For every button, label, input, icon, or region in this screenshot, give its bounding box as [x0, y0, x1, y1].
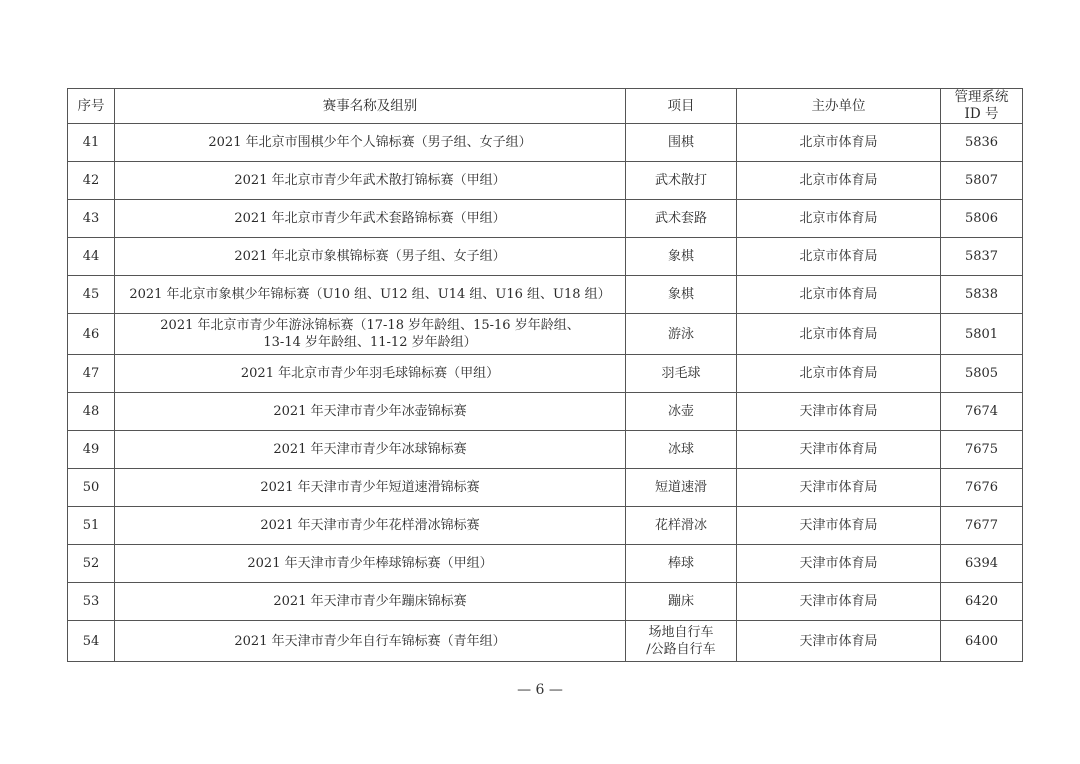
- cell-item: 围棋: [626, 124, 737, 162]
- cell-organizer: 北京市体育局: [737, 162, 941, 200]
- cell-organizer: 北京市体育局: [737, 238, 941, 276]
- cell-no: 54: [68, 621, 115, 662]
- table-row: 50 2021 年天津市青少年短道速滑锦标赛 短道速滑 天津市体育局 7676: [68, 469, 1023, 507]
- header-name: 赛事名称及组别: [115, 89, 626, 124]
- cell-no: 43: [68, 200, 115, 238]
- cell-organizer: 天津市体育局: [737, 545, 941, 583]
- cell-id: 5836: [941, 124, 1023, 162]
- table-row: 48 2021 年天津市青少年冰壶锦标赛 冰壶 天津市体育局 7674: [68, 393, 1023, 431]
- table-row: 46 2021 年北京市青少年游泳锦标赛（17-18 岁年龄组、15-16 岁年…: [68, 314, 1023, 355]
- cell-id: 7677: [941, 507, 1023, 545]
- cell-no: 52: [68, 545, 115, 583]
- cell-name: 2021 年天津市青少年花样滑冰锦标赛: [115, 507, 626, 545]
- cell-id: 7675: [941, 431, 1023, 469]
- cell-id: 6420: [941, 583, 1023, 621]
- cell-id: 5838: [941, 276, 1023, 314]
- table-row: 41 2021 年北京市围棋少年个人锦标赛（男子组、女子组） 围棋 北京市体育局…: [68, 124, 1023, 162]
- cell-name: 2021 年天津市青少年冰球锦标赛: [115, 431, 626, 469]
- table-row: 54 2021 年天津市青少年自行车锦标赛（青年组） 场地自行车/公路自行车 天…: [68, 621, 1023, 662]
- cell-name-line1: 2021 年北京市青少年游泳锦标赛（17-18 岁年龄组、15-16 岁年龄组、: [160, 318, 579, 333]
- cell-organizer: 北京市体育局: [737, 124, 941, 162]
- competition-table: 序号 赛事名称及组别 项目 主办单位 管理系统ID 号 41 2021 年北京市…: [67, 88, 1023, 662]
- cell-name: 2021 年北京市青少年游泳锦标赛（17-18 岁年龄组、15-16 岁年龄组、…: [115, 314, 626, 355]
- cell-name: 2021 年北京市青少年羽毛球锦标赛（甲组）: [115, 355, 626, 393]
- cell-no: 49: [68, 431, 115, 469]
- cell-organizer: 北京市体育局: [737, 200, 941, 238]
- cell-no: 47: [68, 355, 115, 393]
- cell-no: 50: [68, 469, 115, 507]
- table-row: 49 2021 年天津市青少年冰球锦标赛 冰球 天津市体育局 7675: [68, 431, 1023, 469]
- cell-name-line2: 13-14 岁年龄组、11-12 岁年龄组）: [263, 335, 476, 350]
- table-row: 53 2021 年天津市青少年蹦床锦标赛 蹦床 天津市体育局 6420: [68, 583, 1023, 621]
- cell-id: 5837: [941, 238, 1023, 276]
- table-row: 43 2021 年北京市青少年武术套路锦标赛（甲组） 武术套路 北京市体育局 5…: [68, 200, 1023, 238]
- cell-name: 2021 年北京市象棋少年锦标赛（U10 组、U12 组、U14 组、U16 组…: [115, 276, 626, 314]
- cell-id: 6400: [941, 621, 1023, 662]
- cell-item: 武术散打: [626, 162, 737, 200]
- cell-id: 7676: [941, 469, 1023, 507]
- cell-id: 7674: [941, 393, 1023, 431]
- cell-organizer: 北京市体育局: [737, 355, 941, 393]
- header-organizer: 主办单位: [737, 89, 941, 124]
- cell-item: 蹦床: [626, 583, 737, 621]
- header-id-line2: ID 号: [965, 106, 999, 122]
- document-page: 序号 赛事名称及组别 项目 主办单位 管理系统ID 号 41 2021 年北京市…: [0, 0, 1080, 764]
- cell-organizer: 北京市体育局: [737, 314, 941, 355]
- header-no: 序号: [68, 89, 115, 124]
- cell-item: 羽毛球: [626, 355, 737, 393]
- cell-name: 2021 年天津市青少年蹦床锦标赛: [115, 583, 626, 621]
- header-id: 管理系统ID 号: [941, 89, 1023, 124]
- cell-id: 5806: [941, 200, 1023, 238]
- cell-no: 46: [68, 314, 115, 355]
- cell-name: 2021 年天津市青少年冰壶锦标赛: [115, 393, 626, 431]
- cell-name: 2021 年北京市象棋锦标赛（男子组、女子组）: [115, 238, 626, 276]
- table-row: 52 2021 年天津市青少年棒球锦标赛（甲组） 棒球 天津市体育局 6394: [68, 545, 1023, 583]
- cell-organizer: 天津市体育局: [737, 507, 941, 545]
- table-row: 47 2021 年北京市青少年羽毛球锦标赛（甲组） 羽毛球 北京市体育局 580…: [68, 355, 1023, 393]
- cell-name: 2021 年天津市青少年棒球锦标赛（甲组）: [115, 545, 626, 583]
- cell-organizer: 天津市体育局: [737, 621, 941, 662]
- cell-organizer: 天津市体育局: [737, 469, 941, 507]
- cell-item: 象棋: [626, 238, 737, 276]
- header-id-line1: 管理系统: [955, 89, 1009, 105]
- cell-id: 5805: [941, 355, 1023, 393]
- cell-name: 2021 年天津市青少年自行车锦标赛（青年组）: [115, 621, 626, 662]
- cell-item-line2: /公路自行车: [646, 642, 715, 657]
- cell-no: 51: [68, 507, 115, 545]
- cell-item: 武术套路: [626, 200, 737, 238]
- cell-no: 45: [68, 276, 115, 314]
- cell-no: 44: [68, 238, 115, 276]
- cell-item: 场地自行车/公路自行车: [626, 621, 737, 662]
- cell-item: 冰球: [626, 431, 737, 469]
- table-row: 44 2021 年北京市象棋锦标赛（男子组、女子组） 象棋 北京市体育局 583…: [68, 238, 1023, 276]
- cell-id: 5807: [941, 162, 1023, 200]
- cell-organizer: 天津市体育局: [737, 583, 941, 621]
- table-header-row: 序号 赛事名称及组别 项目 主办单位 管理系统ID 号: [68, 89, 1023, 124]
- cell-name: 2021 年北京市围棋少年个人锦标赛（男子组、女子组）: [115, 124, 626, 162]
- page-number: — 6 —: [0, 682, 1080, 698]
- cell-item: 棒球: [626, 545, 737, 583]
- header-item: 项目: [626, 89, 737, 124]
- cell-no: 41: [68, 124, 115, 162]
- cell-id: 5801: [941, 314, 1023, 355]
- cell-organizer: 天津市体育局: [737, 431, 941, 469]
- cell-no: 48: [68, 393, 115, 431]
- table-row: 45 2021 年北京市象棋少年锦标赛（U10 组、U12 组、U14 组、U1…: [68, 276, 1023, 314]
- table-row: 51 2021 年天津市青少年花样滑冰锦标赛 花样滑冰 天津市体育局 7677: [68, 507, 1023, 545]
- cell-no: 42: [68, 162, 115, 200]
- cell-no: 53: [68, 583, 115, 621]
- cell-name: 2021 年天津市青少年短道速滑锦标赛: [115, 469, 626, 507]
- table-row: 42 2021 年北京市青少年武术散打锦标赛（甲组） 武术散打 北京市体育局 5…: [68, 162, 1023, 200]
- cell-name: 2021 年北京市青少年武术套路锦标赛（甲组）: [115, 200, 626, 238]
- cell-organizer: 天津市体育局: [737, 393, 941, 431]
- cell-item: 象棋: [626, 276, 737, 314]
- cell-organizer: 北京市体育局: [737, 276, 941, 314]
- cell-item-line1: 场地自行车: [648, 625, 713, 640]
- cell-item: 冰壶: [626, 393, 737, 431]
- cell-id: 6394: [941, 545, 1023, 583]
- cell-item: 游泳: [626, 314, 737, 355]
- cell-item: 花样滑冰: [626, 507, 737, 545]
- cell-item: 短道速滑: [626, 469, 737, 507]
- cell-name: 2021 年北京市青少年武术散打锦标赛（甲组）: [115, 162, 626, 200]
